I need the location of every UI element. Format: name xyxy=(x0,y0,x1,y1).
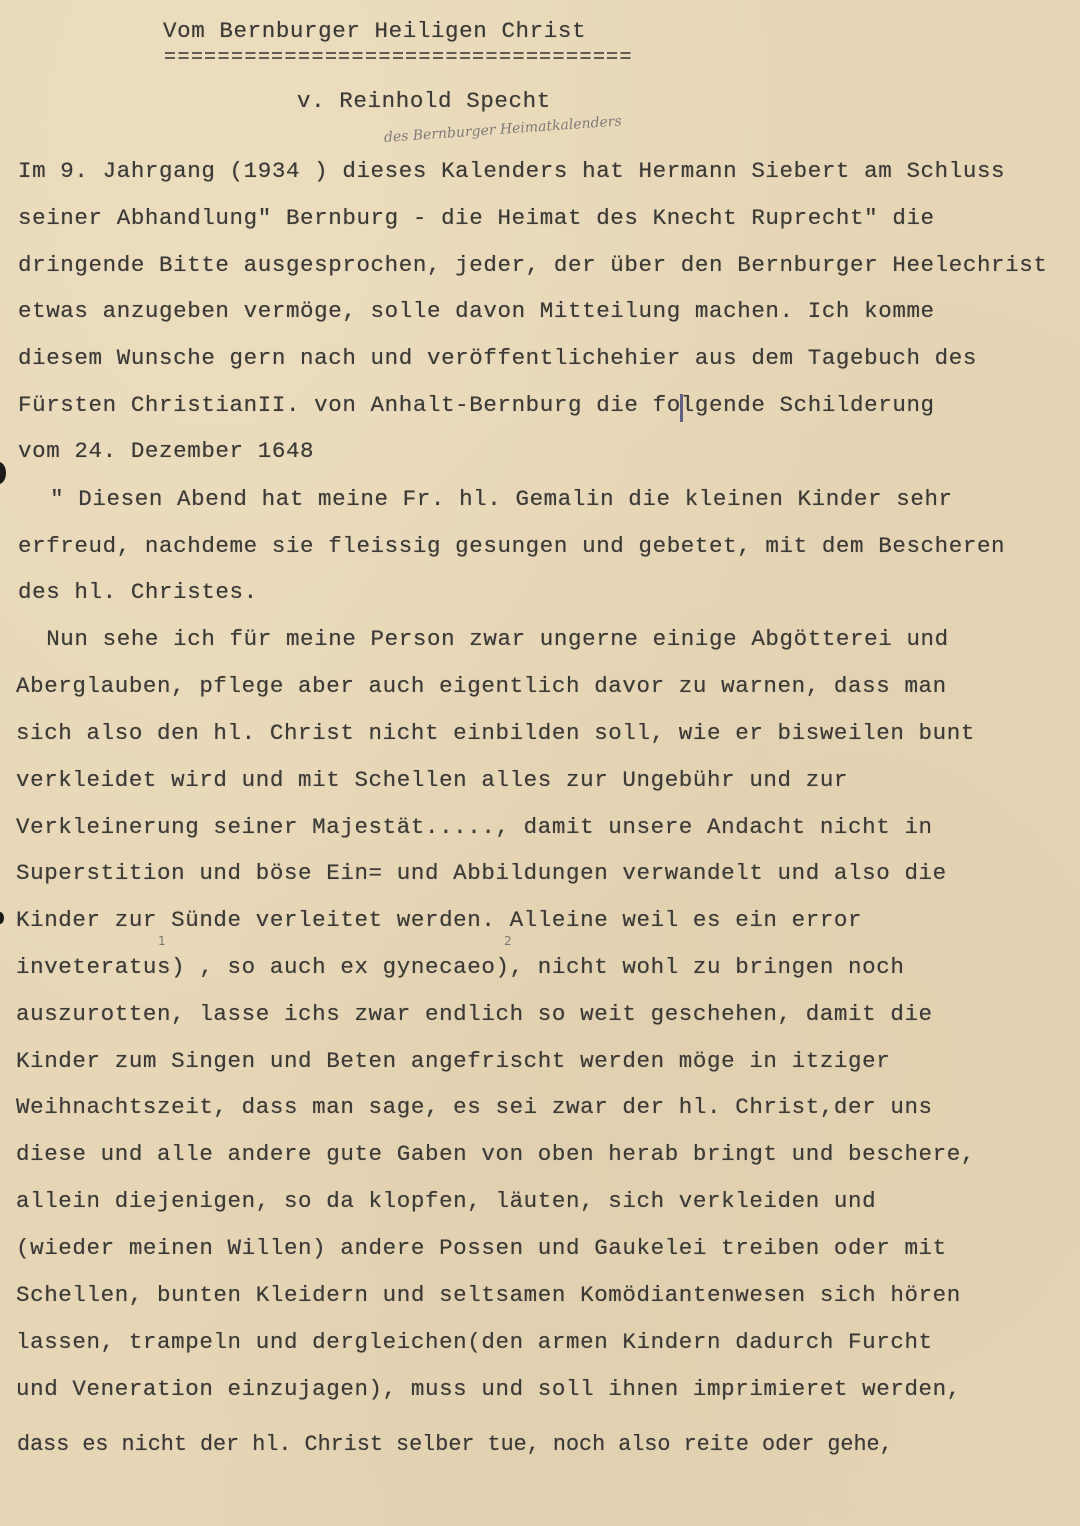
text-line: (wieder meinen Willen) andere Possen und… xyxy=(16,1237,947,1260)
title-double-underline xyxy=(165,52,633,61)
text-line: verkleidet wird und mit Schellen alles z… xyxy=(16,769,848,792)
text-line: sich also den hl. Christ nicht einbilden… xyxy=(16,722,975,745)
footnote-mark: 1 xyxy=(158,934,166,948)
document-author: v. Reinhold Specht xyxy=(297,88,551,114)
text-line: Weihnachtszeit, dass man sage, es sei zw… xyxy=(16,1096,933,1119)
margin-punch-mark xyxy=(0,912,4,924)
text-line: Fürsten ChristianII. von Anhalt-Bernburg… xyxy=(18,394,935,417)
text-line: dringende Bitte ausgesprochen, jeder, de… xyxy=(18,254,1047,277)
ink-correction-mark xyxy=(680,394,683,422)
text-line: " Diesen Abend hat meine Fr. hl. Gemalin… xyxy=(36,488,953,511)
text-line: Verkleinerung seiner Majestät....., dami… xyxy=(16,816,933,839)
text-line: Superstition und böse Ein= und Abbildung… xyxy=(16,862,947,885)
text-line: des hl. Christes. xyxy=(18,581,258,604)
document-title: Vom Bernburger Heiligen Christ xyxy=(163,18,586,44)
text-line: etwas anzugeben vermöge, solle davon Mit… xyxy=(18,300,935,323)
text-line: Kinder zur Sünde verleitet werden. Allei… xyxy=(16,909,862,932)
text-line: Schellen, bunten Kleidern und seltsamen … xyxy=(16,1284,961,1307)
document-page: Vom Bernburger Heiligen Christ v. Reinho… xyxy=(0,0,1080,1526)
text-line: diese und alle andere gute Gaben von obe… xyxy=(16,1143,975,1166)
text-line: auszurotten, lasse ichs zwar endlich so … xyxy=(16,1003,933,1026)
handwritten-annotation: des Bernburger Heimatkalenders xyxy=(383,113,622,146)
text-line: Aberglauben, pflege aber auch eigentlich… xyxy=(16,675,947,698)
text-line: inveteratus) , so auch ex gynecaeo), nic… xyxy=(16,956,904,979)
text-line: vom 24. Dezember 1648 xyxy=(18,440,314,463)
text-line: seiner Abhandlung" Bernburg - die Heimat… xyxy=(18,207,935,230)
text-line: und Veneration einzujagen), muss und sol… xyxy=(16,1378,961,1401)
footnote-mark: 2 xyxy=(504,934,512,948)
text-line: allein diejenigen, so da klopfen, läuten… xyxy=(16,1190,876,1213)
text-line: Im 9. Jahrgang (1934 ) dieses Kalenders … xyxy=(18,160,1005,183)
text-line: erfreud, nachdeme sie fleissig gesungen … xyxy=(18,535,1005,558)
text-line: lassen, trampeln und dergleichen(den arm… xyxy=(16,1331,933,1354)
margin-punch-mark xyxy=(0,462,6,484)
text-line-last: dass es nicht der hl. Christ selber tue,… xyxy=(17,1432,893,1457)
text-line: diesem Wunsche gern nach und veröffentli… xyxy=(18,347,977,370)
text-line: Kinder zum Singen und Beten angefrischt … xyxy=(16,1050,890,1073)
text-line: Nun sehe ich für meine Person zwar unger… xyxy=(18,628,949,651)
